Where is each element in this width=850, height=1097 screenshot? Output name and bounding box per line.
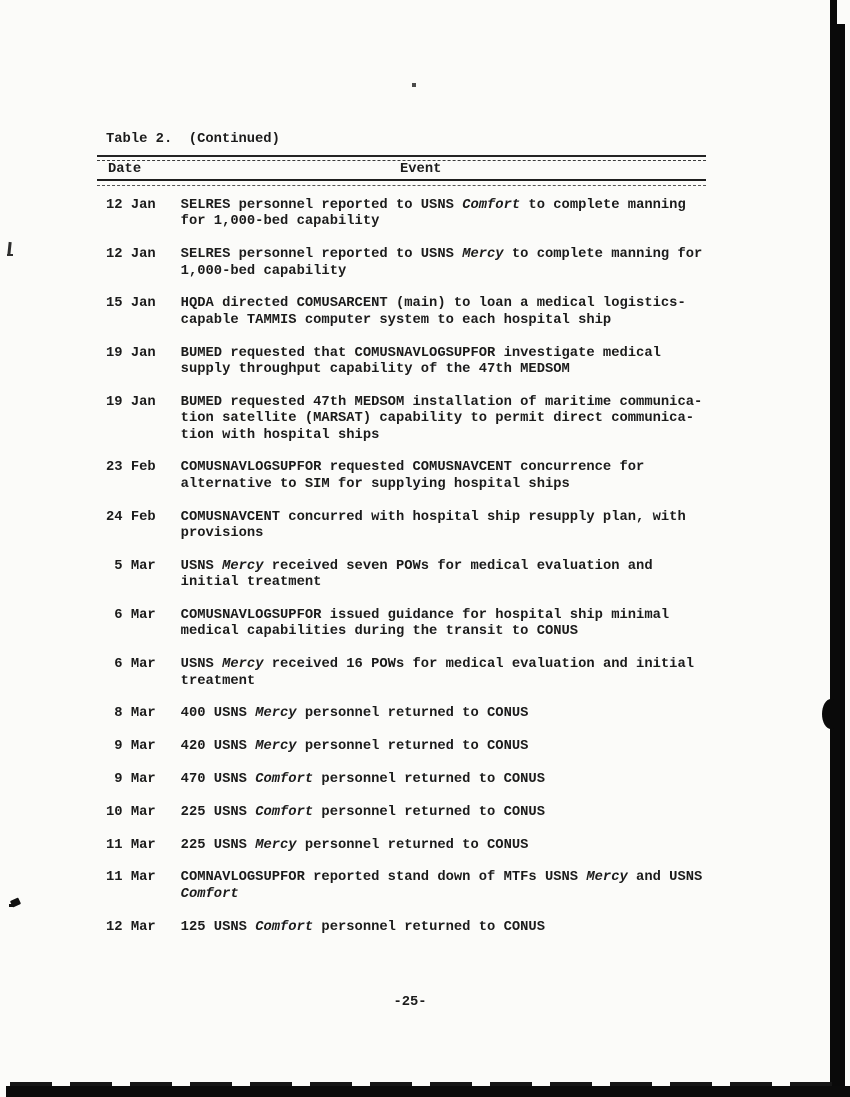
- table-continued-section: Table 2. (Continued) Date Event 12 JanSE…: [106, 132, 724, 952]
- row-date: 15 Jan: [106, 296, 156, 329]
- scan-artifact-right-bar-notch: [837, 0, 845, 24]
- scan-artifact-bottom-bar: [6, 1086, 850, 1097]
- row-date: 24 Feb: [106, 510, 156, 543]
- row-date: 12 Jan: [106, 247, 156, 280]
- row-date: 12 Mar: [106, 920, 156, 936]
- row-date: 9 Mar: [106, 739, 156, 755]
- row-date: 23 Feb: [106, 460, 156, 493]
- page-number: -25-: [106, 995, 714, 1011]
- row-event: USNS Mercy received seven POWs for medic…: [181, 559, 653, 592]
- row-event: COMUSNAVLOGSUPFOR requested COMUSNAVCENT…: [181, 460, 645, 493]
- row-date: 10 Mar: [106, 805, 156, 821]
- table-row: 9 Mar420 USNS Mercy personnel returned t…: [106, 739, 724, 755]
- row-event: 400 USNS Mercy personnel returned to CON…: [181, 706, 529, 722]
- header-bottom-rule: [97, 179, 706, 186]
- table-row: 19 JanBUMED requested that COMUSNAVLOGSU…: [106, 346, 724, 379]
- table-row: 15 JanHQDA directed COMUSARCENT (main) t…: [106, 296, 724, 329]
- row-event: 225 USNS Comfort personnel returned to C…: [181, 805, 545, 821]
- scan-artifact-right-bump: [822, 699, 840, 729]
- row-event: 225 USNS Mercy personnel returned to CON…: [181, 838, 529, 854]
- row-event: BUMED requested that COMUSNAVLOGSUPFOR i…: [181, 346, 661, 379]
- table-row: 5 MarUSNS Mercy received seven POWs for …: [106, 559, 724, 592]
- table-row: 19 JanBUMED requested 47th MEDSOM instal…: [106, 395, 724, 444]
- table-row: 6 MarCOMUSNAVLOGSUPFOR issued guidance f…: [106, 608, 724, 641]
- table-row: 6 MarUSNS Mercy received 16 POWs for med…: [106, 657, 724, 690]
- row-event: SELRES personnel reported to USNS Mercy …: [181, 247, 703, 280]
- row-event: COMUSNAVCENT concurred with hospital shi…: [181, 510, 686, 543]
- row-event: SELRES personnel reported to USNS Comfor…: [181, 198, 686, 231]
- table-row: 12 JanSELRES personnel reported to USNS …: [106, 247, 724, 280]
- row-date: 5 Mar: [106, 559, 156, 592]
- table-row: 9 Mar470 USNS Comfort personnel returned…: [106, 772, 724, 788]
- row-date: 19 Jan: [106, 395, 156, 444]
- table-row: 10 Mar225 USNS Comfort personnel returne…: [106, 805, 724, 821]
- row-date: 11 Mar: [106, 870, 156, 903]
- table-row: 12 Mar125 USNS Comfort personnel returne…: [106, 920, 724, 936]
- row-date: 19 Jan: [106, 346, 156, 379]
- table-header: Date Event: [106, 148, 724, 198]
- row-event: 125 USNS Comfort personnel returned to C…: [181, 920, 545, 936]
- table-row: 11 Mar225 USNS Mercy personnel returned …: [106, 838, 724, 854]
- column-header-event: Event: [400, 161, 441, 178]
- row-date: 9 Mar: [106, 772, 156, 788]
- table-row: 8 Mar400 USNS Mercy personnel returned t…: [106, 706, 724, 722]
- row-event: COMNAVLOGSUPFOR reported stand down of M…: [181, 870, 703, 903]
- row-event: HQDA directed COMUSARCENT (main) to loan…: [181, 296, 686, 329]
- row-event: COMUSNAVLOGSUPFOR issued guidance for ho…: [181, 608, 670, 641]
- scan-artifact-right-bar: [830, 0, 845, 1097]
- scan-artifact-speck: [412, 83, 416, 87]
- row-event: 420 USNS Mercy personnel returned to CON…: [181, 739, 529, 755]
- column-header-date: Date: [108, 161, 141, 178]
- table-row: 24 FebCOMUSNAVCENT concurred with hospit…: [106, 510, 724, 543]
- table-row: 12 JanSELRES personnel reported to USNS …: [106, 198, 724, 231]
- row-date: 6 Mar: [106, 657, 156, 690]
- table-body: 12 JanSELRES personnel reported to USNS …: [106, 198, 724, 936]
- row-date: 12 Jan: [106, 198, 156, 231]
- table-row: 11 MarCOMNAVLOGSUPFOR reported stand dow…: [106, 870, 724, 903]
- row-event: BUMED requested 47th MEDSOM installation…: [181, 395, 703, 444]
- document-page: Table 2. (Continued) Date Event 12 JanSE…: [0, 0, 850, 1097]
- scan-artifact-left-blob: [9, 904, 13, 907]
- row-event: USNS Mercy received 16 POWs for medical …: [181, 657, 694, 690]
- scan-artifact-left-mark: [7, 254, 13, 256]
- row-date: 11 Mar: [106, 838, 156, 854]
- row-date: 6 Mar: [106, 608, 156, 641]
- row-event: 470 USNS Comfort personnel returned to C…: [181, 772, 545, 788]
- row-date: 8 Mar: [106, 706, 156, 722]
- table-caption: Table 2. (Continued): [106, 132, 724, 148]
- table-row: 23 FebCOMUSNAVLOGSUPFOR requested COMUSN…: [106, 460, 724, 493]
